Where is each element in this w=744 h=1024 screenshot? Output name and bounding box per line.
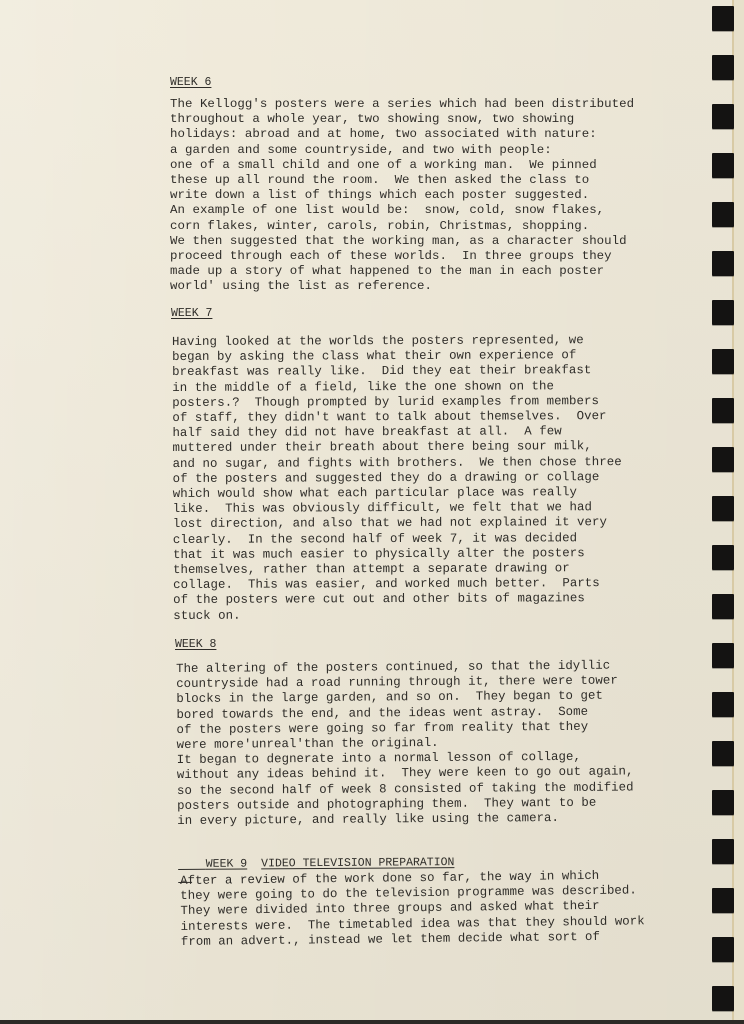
binding-tab (712, 349, 734, 374)
text-line: stuck on. (173, 607, 622, 624)
text-line: in every picture, and really like using … (177, 810, 634, 829)
text-line: of the posters were cut out and other bi… (173, 591, 622, 608)
binding-tab (712, 937, 734, 962)
section-heading-week-7: WEEK 7 (171, 307, 212, 320)
text-line: muttered under their breath about there … (172, 439, 621, 456)
section-body-week-9: After a review of the work done so far, … (180, 868, 645, 950)
text-line: clearly. In the second half of week 7, i… (173, 531, 622, 548)
text-line: world' using the list as reference. (170, 279, 634, 294)
binding-tab (712, 496, 734, 521)
section-heading-week-8: WEEK 8 (175, 638, 216, 651)
text-line: We then suggested that the working man, … (170, 234, 634, 249)
text-line: these up all round the room. We then ask… (170, 173, 634, 188)
binding-tab (712, 888, 734, 913)
section-body-week-6: The Kellogg's posters were a series whic… (170, 97, 634, 295)
text-line: throughout a whole year, two showing sno… (170, 112, 634, 127)
binding-tab (712, 545, 734, 570)
binding-tab (712, 153, 734, 178)
binding-tab (712, 55, 734, 80)
document-page: WEEK 6 The Kellogg's posters were a seri… (0, 0, 744, 1024)
section-body-week-7: Having looked at the worlds the posters … (172, 333, 622, 624)
text-line: in the middle of a field, like the one s… (172, 379, 621, 396)
text-line: breakfast was really like. Did they eat … (172, 363, 621, 380)
binding-tab (712, 202, 734, 227)
binding-tab (712, 398, 734, 423)
page-bottom-edge (0, 1020, 744, 1024)
binding-tab (712, 790, 734, 815)
binding-tab (712, 300, 734, 325)
binding-tab (712, 741, 734, 766)
section-heading-week-6: WEEK 6 (170, 76, 211, 89)
week-9-subheading: VIDEO TELEVISION PREPARATION (261, 856, 454, 870)
text-line: and no sugar, and fights with brothers. … (173, 455, 622, 472)
binding-tab (712, 6, 734, 31)
text-line: lost direction, and also that we had not… (173, 515, 622, 532)
text-line: write down a list of things which each p… (170, 188, 634, 203)
section-body-week-8: The altering of the posters continued, s… (176, 658, 634, 829)
binding-tab (712, 692, 734, 717)
text-line: made up a story of what happened to the … (170, 264, 634, 279)
week-9-label: WEEK 9 (206, 858, 248, 871)
spine-strip (734, 0, 744, 1020)
text-line: a garden and some countryside, and two w… (170, 143, 634, 158)
text-line: one of a small child and one of a workin… (170, 158, 634, 173)
text-line: The Kellogg's posters were a series whic… (170, 97, 634, 112)
binding-tab (712, 986, 734, 1011)
text-line: holidays: abroad and at home, two associ… (170, 127, 634, 142)
binding-tab (712, 594, 734, 619)
binding-tab (712, 251, 734, 276)
binding-tab (712, 104, 734, 129)
binding-tab (712, 447, 734, 472)
text-line: corn flakes, winter, carols, robin, Chri… (170, 219, 634, 234)
binding-tab (712, 839, 734, 864)
binding-tab (712, 643, 734, 668)
text-line: proceed through each of these worlds. In… (170, 249, 634, 264)
text-line: An example of one list would be: snow, c… (170, 203, 634, 218)
